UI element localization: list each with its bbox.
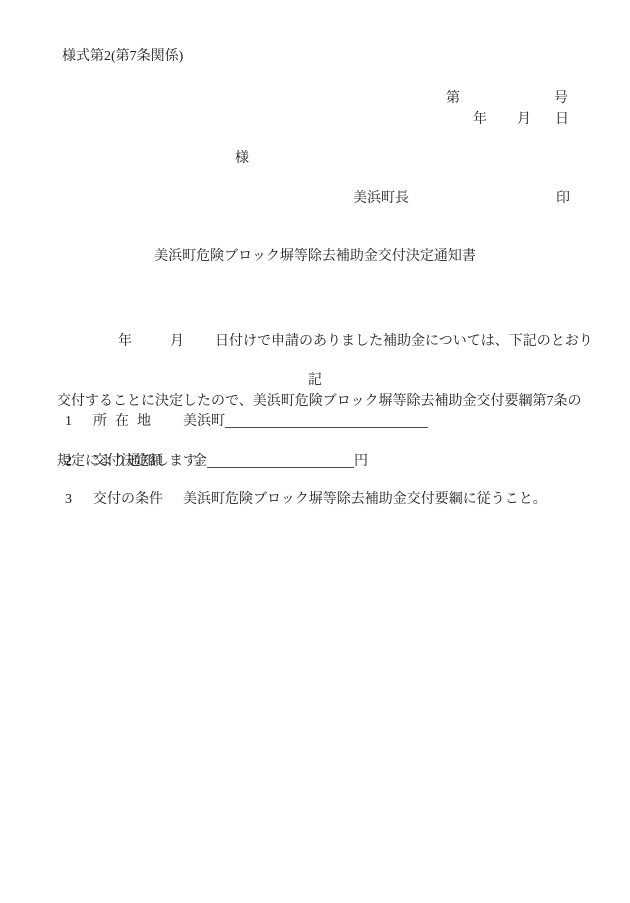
doc-number-suffix: 号 [554,89,568,109]
item-value-text: 美浜町危険ブロック塀等除去補助金交付要綱に従うこと。 [183,490,547,510]
item-row-conditions: 3 交付の条件 美浜町危険ブロック塀等除去補助金交付要綱に従うこと。 [65,490,547,510]
item-number: 2 [65,452,93,472]
form-number: 様式第2(第7条関係) [62,47,183,67]
item-number: 3 [65,490,93,510]
body-paragraph: 年月日付けで申請のありました補助金については、下記のとおり 交付することに決定し… [57,292,597,512]
record-heading: 記 [0,371,630,391]
body-line-1: 年月日付けで申請のありました補助金については、下記のとおり [57,332,597,352]
date-month-label: 月 [517,110,531,130]
item-row-location: 1 所在地 美浜町 [65,410,428,432]
item-row-amount: 2 交付決定額 金 円 [65,450,368,472]
issuer-title: 美浜町長 [353,189,409,209]
item-number: 1 [65,412,93,432]
addressee-honorific: 様 [235,149,249,169]
document-page: 様式第2(第7条関係) 第 号 年 月 日 様 美浜町長 印 美浜町危険ブロック… [0,0,630,903]
seal-mark: 印 [556,189,570,209]
body-month-label: 月 [170,334,184,349]
body-line-2: 交付することに決定したので、美浜町危険ブロック塀等除去補助金交付要綱第7条の [57,392,597,412]
document-title: 美浜町危険ブロック塀等除去補助金交付決定通知書 [0,247,630,267]
body-line-1-text: 日付けで申請のありました補助金については、下記のとおり [215,334,593,349]
item-value-prefix: 美浜町 [183,412,225,432]
fill-in-underline [225,413,428,428]
body-year-label: 年 [118,334,132,349]
item-value-suffix: 円 [354,452,368,472]
doc-number-prefix: 第 [446,89,460,109]
date-year-label: 年 [473,110,487,130]
date-day-label: 日 [555,110,569,130]
item-label: 交付決定額 [93,452,183,472]
item-label: 所在地 [93,412,183,432]
item-value-prefix: 金 [193,452,207,472]
item-label: 交付の条件 [93,490,183,510]
fill-in-underline [207,453,354,468]
